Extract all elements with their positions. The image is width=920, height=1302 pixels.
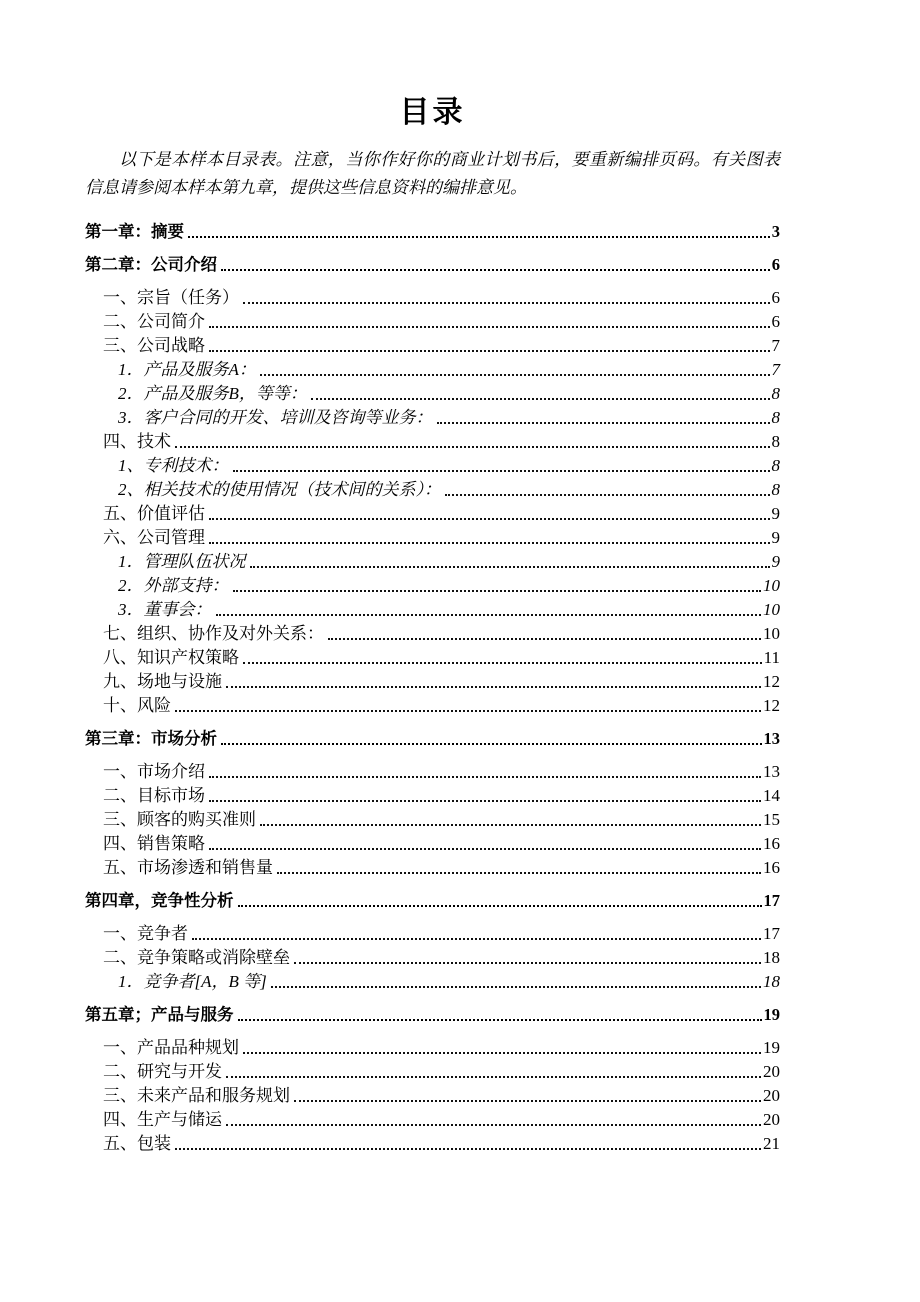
intro-paragraph: 以下是本样本目录表。注意，当你作好你的商业计划书后，要重新编排页码。有关图表信息… (85, 146, 780, 202)
toc-page-number: 14 (763, 784, 780, 808)
toc-row: 3．客户合同的开发、培训及咨询等业务： 8 (85, 406, 780, 430)
toc-leader-dots (209, 518, 770, 520)
toc-page-number: 10 (763, 598, 780, 622)
toc-page-number: 17 (764, 889, 781, 913)
toc-leader-dots (175, 1148, 761, 1150)
toc-row: 一、宗旨（任务） 6 (85, 286, 780, 310)
toc-page-number: 17 (763, 922, 780, 946)
toc-page-number: 9 (772, 526, 781, 550)
toc-entry-label: 三、公司战略 (103, 334, 205, 358)
toc-page-number: 15 (763, 808, 780, 832)
toc-entry-label: 1．产品及服务A： (118, 358, 256, 382)
toc-row: 二、目标市场 14 (85, 784, 780, 808)
toc-leader-dots (243, 1052, 761, 1054)
toc-page-number: 10 (763, 574, 780, 598)
toc-row: 二、竞争策略或消除壁垒 18 (85, 946, 780, 970)
toc-leader-dots (188, 236, 770, 238)
toc-row: 六、公司管理 9 (85, 526, 780, 550)
toc-row: 一、产品品种规划 19 (85, 1036, 780, 1060)
toc-page-number: 16 (763, 856, 780, 880)
toc-page-number: 20 (763, 1084, 780, 1108)
toc-leader-dots (209, 542, 770, 544)
toc-row: 一、市场介绍 13 (85, 760, 780, 784)
toc-leader-dots (192, 938, 761, 940)
toc-leader-dots (209, 776, 761, 778)
toc-entry-label: 二、研究与开发 (103, 1060, 222, 1084)
toc-page-number: 3 (772, 220, 780, 244)
toc-row: 第四章，竞争性分析 17 (85, 889, 780, 913)
toc-page-number: 10 (763, 622, 780, 646)
toc-leader-dots (216, 614, 762, 616)
toc-leader-dots (175, 710, 761, 712)
toc-leader-dots (294, 962, 761, 964)
toc-leader-dots (226, 686, 761, 688)
toc-row: 第二章：公司介绍 6 (85, 253, 780, 277)
toc-page-number: 6 (772, 253, 780, 277)
toc-leader-dots (294, 1100, 761, 1102)
toc-page-number: 7 (772, 334, 781, 358)
toc-leader-dots (260, 824, 761, 826)
toc-row: 四、技术 8 (85, 430, 780, 454)
toc-leader-dots (277, 872, 761, 874)
toc-row: 三、公司战略 7 (85, 334, 780, 358)
toc-entry-label: 九、场地与设施 (103, 670, 222, 694)
toc-row: 2、相关技术的使用情况（技术间的关系）： 8 (85, 478, 780, 502)
toc-leader-dots (328, 638, 761, 640)
toc-entry-label: 八、知识产权策略 (103, 646, 239, 670)
toc-row: 四、销售策略 16 (85, 832, 780, 856)
toc-leader-dots (238, 905, 762, 907)
toc-page-number: 19 (763, 1036, 780, 1060)
toc-leader-dots (226, 1124, 761, 1126)
toc-entry-label: 五、市场渗透和销售量 (103, 856, 273, 880)
toc-entry-label: 一、产品品种规划 (103, 1036, 239, 1060)
toc-page-number: 6 (772, 286, 781, 310)
toc-entry-label: 3．客户合同的开发、培训及咨询等业务： (118, 406, 433, 430)
toc-page-number: 20 (763, 1108, 780, 1132)
toc-entry-label: 二、目标市场 (103, 784, 205, 808)
toc-entry-label: 一、竞争者 (103, 922, 188, 946)
toc-leader-dots (311, 398, 770, 400)
toc-row: 第三章：市场分析 13 (85, 727, 780, 751)
toc-leader-dots (233, 590, 762, 592)
toc-row: 1．竞争者[A，B 等] 18 (85, 970, 780, 994)
toc-row: 2．外部支持： 10 (85, 574, 780, 598)
toc-entry-label: 五、包装 (103, 1132, 171, 1156)
toc-row: 三、未来产品和服务规划 20 (85, 1084, 780, 1108)
toc-entry-label: 五、价值评估 (103, 502, 205, 526)
toc-page-number: 6 (772, 310, 781, 334)
toc-row: 2．产品及服务B，等等： 8 (85, 382, 780, 406)
toc-entry-label: 七、组织、协作及对外关系： (103, 622, 324, 646)
toc-row: 四、生产与储运 20 (85, 1108, 780, 1132)
toc-page-number: 8 (772, 454, 781, 478)
toc-entry-label: 第三章：市场分析 (85, 727, 217, 751)
toc-leader-dots (226, 1076, 761, 1078)
toc-entry-label: 第四章，竞争性分析 (85, 889, 234, 913)
toc-row: 五、市场渗透和销售量 16 (85, 856, 780, 880)
toc-entry-label: 十、风险 (103, 694, 171, 718)
toc-page-number: 8 (772, 406, 781, 430)
toc-row: 1．管理队伍状况 9 (85, 550, 780, 574)
toc-row: 第一章：摘要 3 (85, 220, 780, 244)
toc-row: 五、包装 21 (85, 1132, 780, 1156)
toc-row: 二、研究与开发 20 (85, 1060, 780, 1084)
toc-page-number: 20 (763, 1060, 780, 1084)
toc-entry-label: 一、市场介绍 (103, 760, 205, 784)
toc-entry-label: 三、顾客的购买准则 (103, 808, 256, 832)
toc-leader-dots (243, 302, 770, 304)
toc-row: 第五章；产品与服务 19 (85, 1003, 780, 1027)
toc-row: 十、风险 12 (85, 694, 780, 718)
toc-entry-label: 一、宗旨（任务） (103, 286, 239, 310)
toc-entry-label: 四、生产与储运 (103, 1108, 222, 1132)
toc-page-number: 21 (763, 1132, 780, 1156)
document-content: 目录 以下是本样本目录表。注意，当你作好你的商业计划书后，要重新编排页码。有关图… (85, 0, 780, 1156)
toc-leader-dots (221, 743, 762, 745)
toc-page-number: 13 (763, 760, 780, 784)
toc-leader-dots (243, 662, 762, 664)
toc-page-number: 8 (772, 382, 781, 406)
toc-page-number: 8 (772, 430, 781, 454)
toc-page-number: 9 (772, 502, 781, 526)
toc-entry-label: 1．管理队伍状况 (118, 550, 246, 574)
toc-entry-label: 3．董事会： (118, 598, 212, 622)
toc-entry-label: 六、公司管理 (103, 526, 205, 550)
toc-row: 1．产品及服务A： 7 (85, 358, 780, 382)
toc-leader-dots (233, 470, 770, 472)
toc-leader-dots (209, 326, 770, 328)
toc-list: 第一章：摘要 3 第二章：公司介绍 6 一、宗旨（任务） 6 二、公司简介 6 … (85, 220, 780, 1156)
toc-entry-label: 四、技术 (103, 430, 171, 454)
toc-entry-label: 1、专利技术： (118, 454, 229, 478)
toc-entry-label: 四、销售策略 (103, 832, 205, 856)
toc-entry-label: 第五章；产品与服务 (85, 1003, 234, 1027)
toc-page-number: 11 (764, 646, 780, 670)
toc-row: 1、专利技术： 8 (85, 454, 780, 478)
toc-entry-label: 2．外部支持： (118, 574, 229, 598)
toc-page-number: 12 (763, 694, 780, 718)
toc-row: 3．董事会： 10 (85, 598, 780, 622)
toc-entry-label: 1．竞争者[A，B 等] (118, 970, 267, 994)
toc-page-number: 12 (763, 670, 780, 694)
document-page: 目录 以下是本样本目录表。注意，当你作好你的商业计划书后，要重新编排页码。有关图… (0, 0, 920, 1302)
toc-page-number: 9 (772, 550, 781, 574)
toc-page-number: 16 (763, 832, 780, 856)
toc-row: 九、场地与设施 12 (85, 670, 780, 694)
toc-leader-dots (445, 494, 770, 496)
toc-page-number: 7 (772, 358, 781, 382)
toc-row: 七、组织、协作及对外关系： 10 (85, 622, 780, 646)
toc-leader-dots (250, 566, 770, 568)
toc-leader-dots (437, 422, 770, 424)
toc-entry-label: 第一章：摘要 (85, 220, 184, 244)
toc-page-number: 18 (763, 970, 780, 994)
toc-row: 一、竞争者 17 (85, 922, 780, 946)
toc-page-number: 19 (764, 1003, 781, 1027)
toc-leader-dots (260, 374, 770, 376)
toc-row: 三、顾客的购买准则 15 (85, 808, 780, 832)
toc-leader-dots (271, 986, 761, 988)
toc-leader-dots (238, 1019, 762, 1021)
toc-leader-dots (209, 350, 770, 352)
toc-leader-dots (221, 269, 770, 271)
toc-entry-label: 2、相关技术的使用情况（技术间的关系）： (118, 478, 441, 502)
toc-row: 五、价值评估 9 (85, 502, 780, 526)
toc-entry-label: 二、公司简介 (103, 310, 205, 334)
page-title: 目录 (85, 93, 780, 133)
toc-page-number: 18 (763, 946, 780, 970)
toc-page-number: 13 (764, 727, 781, 751)
toc-page-number: 8 (772, 478, 781, 502)
toc-entry-label: 第二章：公司介绍 (85, 253, 217, 277)
toc-entry-label: 三、未来产品和服务规划 (103, 1084, 290, 1108)
toc-leader-dots (209, 848, 761, 850)
toc-entry-label: 二、竞争策略或消除壁垒 (103, 946, 290, 970)
toc-row: 八、知识产权策略 11 (85, 646, 780, 670)
toc-leader-dots (209, 800, 761, 802)
toc-leader-dots (175, 446, 770, 448)
toc-entry-label: 2．产品及服务B，等等： (118, 382, 307, 406)
toc-row: 二、公司简介 6 (85, 310, 780, 334)
